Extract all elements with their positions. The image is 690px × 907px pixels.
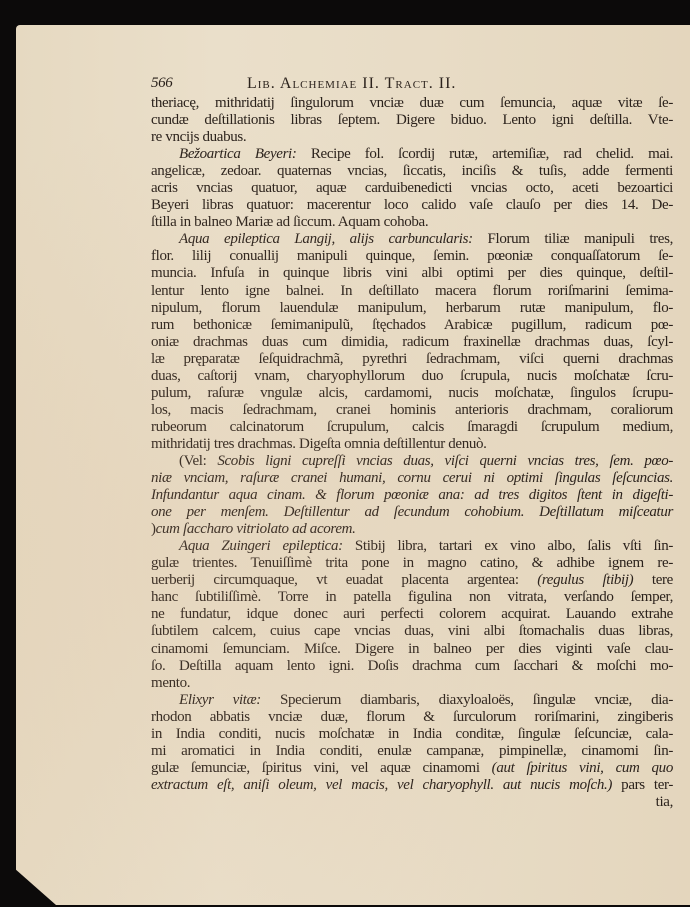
text-line: hanc ſubtiliſſimè. Torre in patella figu…	[151, 589, 673, 606]
text-line: oniæ drachmas duas cum dimidia, radicum …	[151, 334, 673, 351]
text-line: Aqua epileptica Langij, alijs carbuncula…	[151, 231, 673, 248]
text-line: rhodon abbatis vnciæ duæ, florum & ſurcu…	[151, 709, 673, 726]
text-line: cinamomi ſemunciam. Miſce. Digere in bal…	[151, 641, 673, 658]
text-line: rum bethonicæ ſemimanipulũ, ſtęchados Ar…	[151, 317, 673, 334]
text-line: ſo. Deſtilla aquam lento igni. Doſis dra…	[151, 658, 673, 675]
text-line: one per menſem. Deſtillentur ad ſecundum…	[151, 504, 673, 521]
text-line: Beyeri libras quatuor: macerentur loco c…	[151, 197, 673, 214]
text-line: rubeorum calcinatorum ſcrupulum, calcis …	[151, 419, 673, 436]
text-line: Aqua Zuingeri epileptica: Stibij libra, …	[151, 538, 673, 555]
running-head: 566 Lib. Alchemiae II. Tract. II.	[151, 75, 673, 93]
text-line: ne fundatur, idque donec auri perfecti c…	[151, 606, 673, 623]
text-line: flor. lilij conuallij manipuli quinque, …	[151, 248, 673, 265]
text-line: ſubtilem calcem, cuius cape vncias duas,…	[151, 623, 673, 640]
running-head-title: Lib. Alchemiae II. Tract. II.	[247, 75, 456, 92]
text-line: Bežoartica Beyeri: Recipe fol. ſcordij r…	[151, 146, 673, 163]
body-text: theriacę, mithridatij ſingulorum vnciæ d…	[151, 95, 673, 811]
text-line: los, macis ſedrachmam, cranei hominis an…	[151, 402, 673, 419]
text-line: gulæ trientes. Tenuiſſimè trita pone in …	[151, 555, 673, 572]
text-line: mi aromatici in India conditi, enulæ cam…	[151, 743, 673, 760]
text-line: cundæ deſtillationis libras ſeptem. Dige…	[151, 112, 673, 129]
text-line: extractum eſt, aniſi oleum, vel macis, v…	[151, 777, 673, 794]
text-line: muncia. Infuſa in quinque libris vini al…	[151, 265, 673, 282]
page-number: 566	[151, 75, 172, 92]
text-line: Elixyr vitæ: Specierum diambaris, diaxyl…	[151, 692, 673, 709]
text-line: acris vncias quatuor, aquæ carduibenedic…	[151, 180, 673, 197]
text-line: uerberij circumquaque, vt euadat placent…	[151, 572, 673, 589]
text-line: gulæ ſemunciæ, ſpiritus vini, vel aquæ c…	[151, 760, 673, 777]
text-line: (Vel: Scobis ligni cupreſſi vncias duas,…	[151, 453, 673, 470]
text-line: nipulum, florum lauendulæ manipulum, her…	[151, 300, 673, 317]
text-line: ſtilla in balneo Mariæ ad ſiccum. Aquam …	[151, 214, 673, 231]
book-page: 566 Lib. Alchemiae II. Tract. II. theria…	[16, 25, 690, 905]
text-line: lentur lento igne balnei. In deſtillato …	[151, 283, 673, 300]
text-line: læ pręparatæ ſeſquidrachmã, pyrethri ſed…	[151, 351, 673, 368]
text-line: tia,	[151, 794, 673, 811]
text-line: Infundantur aqua cinam. & florum pœoniæ …	[151, 487, 673, 504]
text-line: theriacę, mithridatij ſingulorum vnciæ d…	[151, 95, 673, 112]
text-line: )cum ſaccharo vitriolato ad acorem.	[151, 521, 673, 538]
text-line: mithridatij tres drachmas. Digeſta omnia…	[151, 436, 673, 453]
text-line: re vncijs duabus.	[151, 129, 673, 146]
text-line: duas, caſtorij vnam, charyophyllorum duo…	[151, 368, 673, 385]
text-line: pulum, raſuræ vngulæ alcis, cardamomi, n…	[151, 385, 673, 402]
text-line: angelicæ, zedoar. quaternas vncias, ſicc…	[151, 163, 673, 180]
text-block: 566 Lib. Alchemiae II. Tract. II. theria…	[151, 75, 673, 811]
text-line: niæ vnciam, raſuræ cranei humani, cornu …	[151, 470, 673, 487]
text-line: in India conditi, nucis moſchatæ in Indi…	[151, 726, 673, 743]
text-line: mento.	[151, 675, 673, 692]
